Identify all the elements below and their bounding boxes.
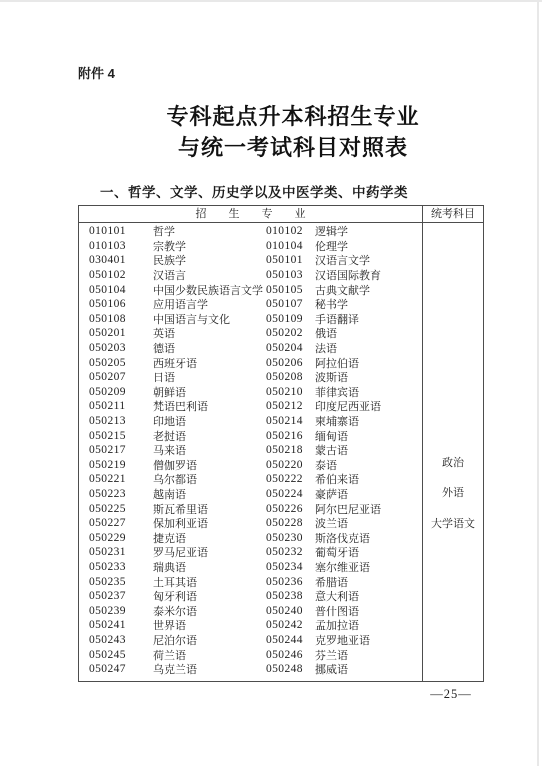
major-name: 印地语 (153, 413, 266, 429)
table-body-left: 010101哲学010102逻辑学010103宗教学010104伦理学03040… (79, 223, 422, 681)
major-name: 秘书学 (315, 296, 422, 312)
major-code: 050109 (266, 313, 315, 325)
major-code: 030401 (89, 254, 153, 266)
major-code: 050101 (266, 254, 315, 266)
table-row: 050221乌尔都语050222希伯来语 (79, 472, 422, 487)
major-name: 泰米尔语 (153, 603, 266, 619)
major-code: 050211 (89, 400, 153, 412)
table-row: 050106应用语言学050107秘书学 (79, 297, 422, 312)
table-header-row: 招生专业 统考科目 (79, 206, 483, 223)
major-code: 050204 (266, 342, 315, 354)
major-code: 050230 (266, 532, 315, 544)
major-name: 德语 (153, 340, 266, 356)
major-code: 050208 (266, 371, 315, 383)
major-name: 马来语 (153, 442, 266, 458)
table-row: 050225斯瓦希里语050226阿尔巴尼亚语 (79, 501, 422, 516)
major-name: 应用语言学 (153, 296, 266, 312)
major-name: 斯瓦希里语 (153, 501, 266, 517)
major-code: 050232 (266, 546, 315, 558)
major-name: 罗马尼亚语 (153, 544, 266, 560)
major-name: 民族学 (153, 252, 266, 268)
major-code: 050201 (89, 327, 153, 339)
major-code: 050239 (89, 605, 153, 617)
table-row: 050201英语050202俄语 (79, 326, 422, 341)
table-row: 050217马来语050218蒙古语 (79, 443, 422, 458)
table-header-subjects: 统考科目 (422, 206, 483, 222)
major-code: 050107 (266, 298, 315, 310)
table-row: 050243尼泊尔语050244克罗地亚语 (79, 633, 422, 648)
scan-edge-right (537, 0, 539, 766)
major-name: 法语 (315, 340, 422, 356)
major-name: 波斯语 (315, 369, 422, 385)
major-name: 波兰语 (315, 515, 422, 531)
page-number: —25— (420, 687, 482, 702)
major-code: 010101 (89, 225, 153, 237)
major-code: 050236 (266, 576, 315, 588)
table-row: 050219僧伽罗语050220泰语 (79, 458, 422, 473)
major-name: 朝鲜语 (153, 384, 266, 400)
major-code: 050218 (266, 444, 315, 456)
major-code: 050241 (89, 619, 153, 631)
major-code: 050221 (89, 473, 153, 485)
major-name: 蒙古语 (315, 442, 422, 458)
major-code: 050219 (89, 459, 153, 471)
major-code: 050212 (266, 400, 315, 412)
major-name: 英语 (153, 325, 266, 341)
major-name: 阿拉伯语 (315, 355, 422, 371)
major-name: 捷克语 (153, 530, 266, 546)
major-name: 梵语巴利语 (153, 398, 266, 414)
major-name: 汉语言文学 (315, 252, 422, 268)
major-name: 伦理学 (315, 238, 422, 254)
major-name: 豪萨语 (315, 486, 422, 502)
exam-subject: 外语 (423, 486, 483, 500)
major-name: 阿尔巴尼亚语 (315, 501, 422, 517)
major-name: 手语翻译 (315, 311, 422, 327)
table-row: 050205西班牙语050206阿拉伯语 (79, 355, 422, 370)
major-code: 050243 (89, 634, 153, 646)
major-name: 西班牙语 (153, 355, 266, 371)
major-name: 孟加拉语 (315, 617, 422, 633)
major-code: 050102 (89, 269, 153, 281)
major-code: 050206 (266, 357, 315, 369)
major-name: 世界语 (153, 617, 266, 633)
major-code: 050222 (266, 473, 315, 485)
major-code: 050215 (89, 430, 153, 442)
doc-title-line2: 与统一考试科目对照表 (83, 132, 503, 163)
major-code: 050238 (266, 590, 315, 602)
major-code: 050227 (89, 517, 153, 529)
major-code: 010103 (89, 240, 153, 252)
major-code: 010104 (266, 240, 315, 252)
major-name: 古典文献学 (315, 282, 422, 298)
scan-edge-top (0, 0, 542, 2)
exam-subject: 政治 (423, 456, 483, 470)
major-name: 葡萄牙语 (315, 544, 422, 560)
table-row: 050104中国少数民族语言文学050105古典文献学 (79, 282, 422, 297)
major-name: 俄语 (315, 325, 422, 341)
major-name: 柬埔寨语 (315, 413, 422, 429)
major-name: 普什图语 (315, 603, 422, 619)
majors-table: 招生专业 统考科目 010101哲学010102逻辑学010103宗教学0101… (78, 205, 484, 682)
major-code: 050226 (266, 503, 315, 515)
major-name: 僧伽罗语 (153, 457, 266, 473)
attachment-label: 附件 4 (78, 63, 115, 82)
major-name: 泰语 (315, 457, 422, 473)
table-header-majors: 招生专业 (79, 206, 422, 222)
major-code: 050245 (89, 649, 153, 661)
major-name: 老挝语 (153, 428, 266, 444)
major-name: 荷兰语 (153, 647, 266, 663)
major-name: 乌克兰语 (153, 661, 266, 677)
table-row: 050247乌克兰语050248挪威语 (79, 662, 422, 677)
major-code: 050202 (266, 327, 315, 339)
table-row: 050223越南语050224豪萨语 (79, 487, 422, 502)
major-name: 中国语言与文化 (153, 311, 266, 327)
major-name: 瑞典语 (153, 559, 266, 575)
table-row: 050235土耳其语050236希腊语 (79, 574, 422, 589)
major-code: 050244 (266, 634, 315, 646)
major-code: 050233 (89, 561, 153, 573)
major-code: 050216 (266, 430, 315, 442)
table-row: 050227保加利亚语050228波兰语 (79, 516, 422, 531)
major-name: 逻辑学 (315, 223, 422, 239)
major-code: 050104 (89, 284, 153, 296)
major-code: 010102 (266, 225, 315, 237)
table-row: 050239泰米尔语050240普什图语 (79, 603, 422, 618)
major-name: 塞尔维亚语 (315, 559, 422, 575)
major-code: 050235 (89, 576, 153, 588)
major-code: 050214 (266, 415, 315, 427)
major-name: 土耳其语 (153, 574, 266, 590)
table-body: 010101哲学010102逻辑学010103宗教学010104伦理学03040… (79, 223, 483, 681)
table-row: 050102汉语言050103汉语国际教育 (79, 268, 422, 283)
major-name: 挪威语 (315, 661, 422, 677)
table-row: 050241世界语050242孟加拉语 (79, 618, 422, 633)
major-name: 印度尼西亚语 (315, 398, 422, 414)
major-name: 菲律宾语 (315, 384, 422, 400)
major-code: 050242 (266, 619, 315, 631)
table-row: 050108中国语言与文化050109手语翻译 (79, 312, 422, 327)
major-name: 日语 (153, 369, 266, 385)
major-name: 匈牙利语 (153, 588, 266, 604)
table-row: 050215老挝语050216缅甸语 (79, 428, 422, 443)
table-row: 030401民族学050101汉语言文学 (79, 253, 422, 268)
exam-subject: 大学语文 (423, 517, 483, 531)
table-row: 050209朝鲜语050210菲律宾语 (79, 385, 422, 400)
major-name: 宗教学 (153, 238, 266, 254)
major-code: 050217 (89, 444, 153, 456)
major-name: 中国少数民族语言文学 (153, 282, 266, 298)
major-name: 哲学 (153, 223, 266, 239)
table-row: 010101哲学010102逻辑学 (79, 224, 422, 239)
table-row: 050211梵语巴利语050212印度尼西亚语 (79, 399, 422, 414)
major-code: 050240 (266, 605, 315, 617)
major-name: 斯洛伐克语 (315, 530, 422, 546)
major-code: 050228 (266, 517, 315, 529)
table-row: 050237匈牙利语050238意大利语 (79, 589, 422, 604)
major-code: 050225 (89, 503, 153, 515)
major-code: 050247 (89, 663, 153, 675)
major-code: 050220 (266, 459, 315, 471)
table-row: 050229捷克语050230斯洛伐克语 (79, 530, 422, 545)
major-code: 050223 (89, 488, 153, 500)
major-code: 050209 (89, 386, 153, 398)
table-row: 050207日语050208波斯语 (79, 370, 422, 385)
major-code: 050106 (89, 298, 153, 310)
major-name: 乌尔都语 (153, 471, 266, 487)
major-name: 缅甸语 (315, 428, 422, 444)
major-code: 050229 (89, 532, 153, 544)
exam-subjects-column: 政治 外语 大学语文 (422, 223, 483, 681)
table-row: 010103宗教学010104伦理学 (79, 239, 422, 254)
major-name: 汉语国际教育 (315, 267, 422, 283)
major-code: 050248 (266, 663, 315, 675)
major-name: 意大利语 (315, 588, 422, 604)
major-name: 希腊语 (315, 574, 422, 590)
major-code: 050207 (89, 371, 153, 383)
section-heading: 一、哲学、文学、历史学以及中医学类、中药学类 (100, 181, 408, 201)
major-code: 050246 (266, 649, 315, 661)
major-name: 越南语 (153, 486, 266, 502)
major-code: 050237 (89, 590, 153, 602)
major-code: 050203 (89, 342, 153, 354)
major-code: 050231 (89, 546, 153, 558)
table-row: 050233瑞典语050234塞尔维亚语 (79, 560, 422, 575)
major-code: 050234 (266, 561, 315, 573)
table-row: 050213印地语050214柬埔寨语 (79, 414, 422, 429)
major-name: 希伯来语 (315, 471, 422, 487)
major-code: 050105 (266, 284, 315, 296)
major-code: 050224 (266, 488, 315, 500)
major-name: 尼泊尔语 (153, 632, 266, 648)
major-name: 保加利亚语 (153, 515, 266, 531)
major-name: 芬兰语 (315, 647, 422, 663)
table-row: 050231罗马尼亚语050232葡萄牙语 (79, 545, 422, 560)
table-row: 050245荷兰语050246芬兰语 (79, 647, 422, 662)
table-row: 050203德语050204法语 (79, 341, 422, 356)
doc-title-line1: 专科起点升本科招生专业 (83, 101, 503, 132)
major-code: 050103 (266, 269, 315, 281)
major-code: 050205 (89, 357, 153, 369)
major-code: 050213 (89, 415, 153, 427)
major-code: 050210 (266, 386, 315, 398)
major-name: 克罗地亚语 (315, 632, 422, 648)
doc-title: 专科起点升本科招生专业 与统一考试科目对照表 (83, 101, 503, 163)
major-name: 汉语言 (153, 267, 266, 283)
major-code: 050108 (89, 313, 153, 325)
